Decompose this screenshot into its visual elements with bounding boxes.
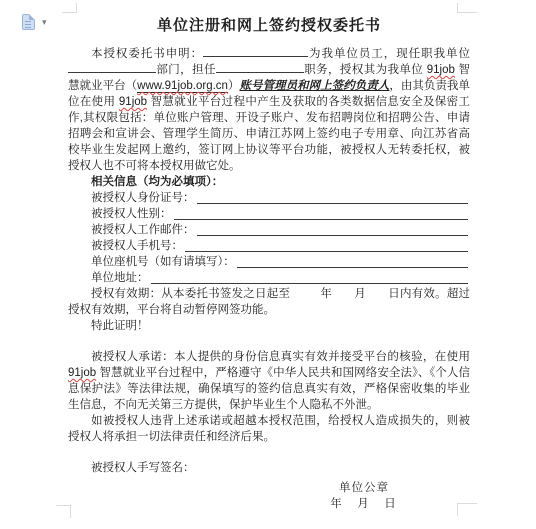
field-label: 被授权人身份证号： bbox=[91, 190, 195, 206]
page-object-button[interactable]: ▾ bbox=[22, 14, 47, 30]
form-field-row: 被授权人身份证号： bbox=[91, 190, 470, 206]
seal-date-line: 年 月 日 bbox=[284, 496, 444, 512]
company-seal-label: 单位公章 bbox=[284, 480, 444, 496]
field-underline bbox=[197, 235, 469, 236]
form-field-row: 被授权人工作邮件： bbox=[91, 222, 470, 238]
text-segment: 授权有效期：从本委托书签发之日起至 bbox=[91, 288, 290, 300]
text-segment: 智慧就业平台过程中，严格遵守《中华人民共和国网络安全法》、《个人信息保护法》等法… bbox=[68, 367, 470, 411]
field-underline bbox=[151, 283, 469, 284]
blank-line bbox=[68, 445, 470, 460]
commitment-paragraph: 被授权人承诺：本人提供的身份信息真实有效并接受平台的核验，在使用 91job 智… bbox=[68, 349, 470, 413]
related-info-header: 相关信息（均为必填项）： bbox=[68, 174, 470, 190]
blank-underline bbox=[68, 63, 156, 73]
field-underline bbox=[174, 219, 469, 220]
field-label: 单位地址： bbox=[91, 270, 149, 286]
form-field-row: 单位座机号（如有请填写）： bbox=[91, 254, 470, 270]
field-underline bbox=[237, 267, 468, 268]
text-segment: 年 bbox=[320, 288, 332, 300]
blank-underline bbox=[203, 47, 308, 57]
field-label: 单位座机号（如有请填写）： bbox=[91, 254, 235, 270]
signature-label: 被授权人手写签名： bbox=[68, 460, 470, 476]
form-fields: 被授权人身份证号： 被授权人性别： 被授权人工作邮件： 被授权人手机号： 单位座… bbox=[68, 190, 470, 286]
form-field-row: 被授权人性别： bbox=[91, 206, 470, 222]
document-body: 单位注册和网上签约授权委托书 本授权委托书申明：为我单位员工，现任职我单位部门，… bbox=[68, 12, 470, 512]
stamp-block: 单位公章 年 月 日 bbox=[284, 480, 444, 512]
url-link[interactable]: www.91job.org.cn bbox=[137, 80, 228, 93]
blank-underline bbox=[216, 63, 304, 73]
form-field-row: 被授权人手机号： bbox=[91, 238, 470, 254]
spellcheck-text: 91job bbox=[427, 64, 455, 76]
spellcheck-text: 91job bbox=[68, 367, 96, 379]
blank-line bbox=[68, 334, 470, 349]
text-segment: 为我单位员工，现任职我单位 bbox=[308, 48, 470, 60]
validity-paragraph: 授权有效期：从本委托书签发之日起至年月日内有效。超过授权有效期，平台将自动暂停网… bbox=[68, 286, 470, 318]
text-segment: 本授权委托书申明： bbox=[91, 48, 203, 60]
text-segment: 职务，授权其为我单位 bbox=[304, 64, 427, 76]
field-label: 被授权人手机号： bbox=[91, 238, 183, 254]
field-underline bbox=[197, 203, 469, 204]
text-segment: 被授权人承诺：本人提供的身份信息真实有效并接受平台的核验，在使用 bbox=[91, 351, 470, 363]
document-icon[interactable] bbox=[22, 14, 35, 30]
certify-line: 特此证明！ bbox=[68, 318, 470, 334]
emphasized-text: 账号管理员和网上签约负责人 bbox=[240, 80, 390, 92]
text-segment: 月 bbox=[354, 288, 366, 300]
form-field-row: 单位地址： bbox=[91, 270, 470, 286]
text-segment: 部门，担任 bbox=[156, 64, 216, 76]
text-segment: ） bbox=[228, 80, 240, 92]
document-title: 单位注册和网上签约授权委托书 bbox=[68, 16, 470, 36]
document-page: ▾ 单位注册和网上签约授权委托书 本授权委托书申明：为我单位员工，现任职我单位部… bbox=[0, 0, 536, 529]
liability-paragraph: 如被授权人违背上述承诺或超越本授权范围，给授权人造成损失的，则被授权人将承担一切… bbox=[68, 413, 470, 445]
declaration-paragraph: 本授权委托书申明：为我单位员工，现任职我单位部门，担任职务，授权其为我单位 91… bbox=[68, 46, 470, 174]
field-underline bbox=[185, 251, 468, 252]
chevron-down-icon[interactable]: ▾ bbox=[42, 18, 47, 27]
field-label: 被授权人工作邮件： bbox=[91, 222, 195, 238]
field-label: 被授权人性别： bbox=[91, 206, 172, 222]
spellcheck-text: 91job bbox=[119, 96, 147, 108]
